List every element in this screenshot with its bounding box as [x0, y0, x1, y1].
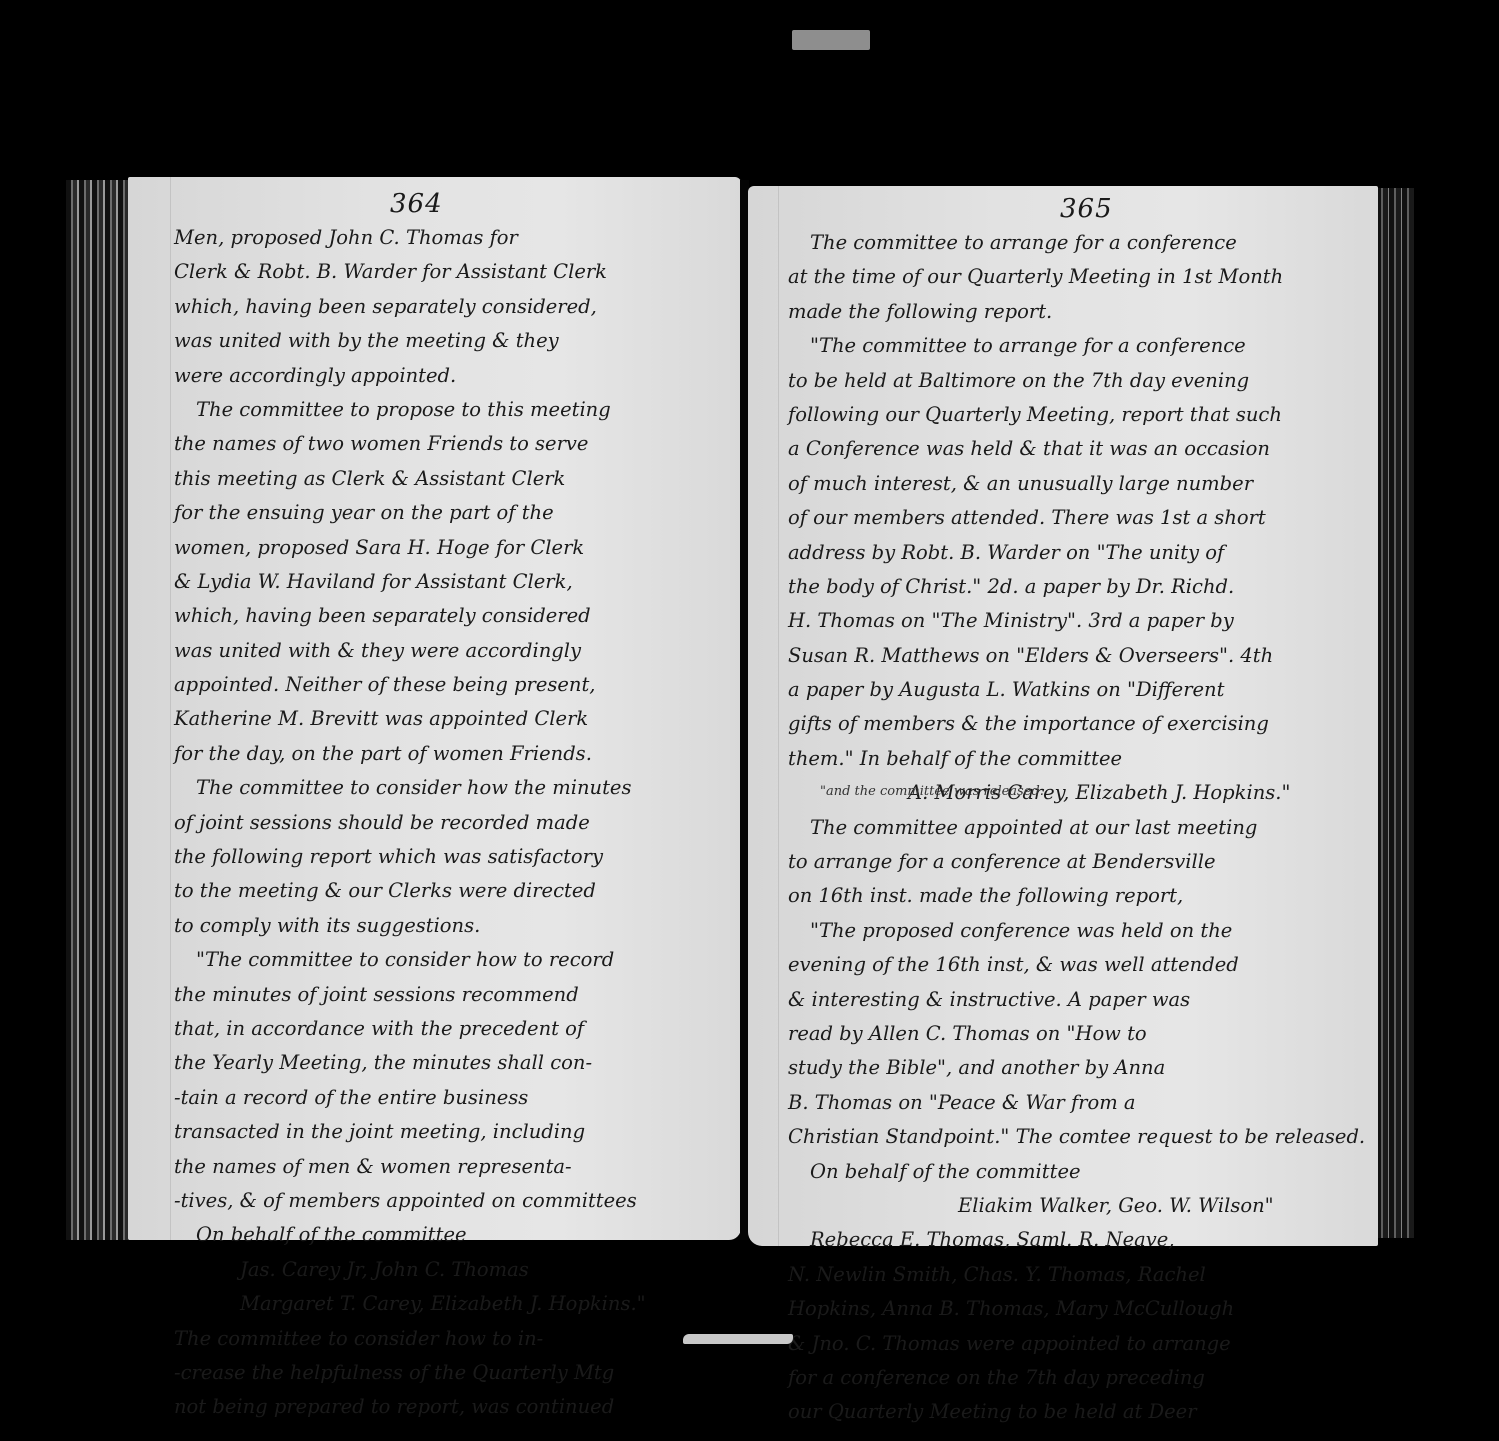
open-minute-book: 364 Men, proposed John C. Thomas for Cle… — [0, 0, 1499, 1441]
text-line: & Lydia W. Haviland for Assistant Clerk, — [174, 565, 741, 599]
text-line: address by Robt. B. Warder on "The unity… — [788, 536, 1378, 570]
text-line: the Yearly Meeting, the minutes shall co… — [174, 1046, 741, 1080]
text-line: at the time of our Quarterly Meeting in … — [788, 260, 1378, 294]
text-line: gifts of members & the importance of exe… — [788, 707, 1378, 741]
text-line: our Quarterly Meeting to be held at Deer — [788, 1395, 1378, 1429]
text-line: -tain a record of the entire business — [174, 1081, 741, 1115]
text-line: evening of the 16th inst, & was well att… — [788, 948, 1378, 982]
text-line: a paper by Augusta L. Watkins on "Differ… — [788, 673, 1378, 707]
signature-line: Eliakim Walker, Geo. W. Wilson" — [788, 1189, 1378, 1223]
right-page-edges — [1376, 188, 1414, 1238]
text-line: -tives, & of members appointed on commit… — [174, 1184, 741, 1218]
page-number: 364 — [390, 189, 443, 219]
text-line: Hopkins, Anna B. Thomas, Mary McCullough — [788, 1292, 1378, 1326]
top-bookmark-tab — [792, 30, 870, 50]
text-line: the body of Christ." 2d. a paper by Dr. … — [788, 570, 1378, 604]
text-line: & interesting & instructive. A paper was — [788, 983, 1378, 1017]
text-line: "The committee to arrange for a conferen… — [788, 329, 1378, 363]
text-line: The committee to consider how to in- — [174, 1322, 741, 1356]
text-line: which, having been separately considered… — [174, 290, 741, 324]
text-line: which, having been separately considered — [174, 599, 741, 633]
text-line: Katherine M. Brevitt was appointed Clerk — [174, 702, 741, 736]
text-line: not being prepared to report, was contin… — [174, 1390, 741, 1424]
text-line: this meeting as Clerk & Assistant Clerk — [174, 462, 741, 496]
text-line: to be held at Baltimore on the 7th day e… — [788, 364, 1378, 398]
text-line: -crease the helpfulness of the Quarterly… — [174, 1356, 741, 1390]
text-line: to the meeting & our Clerks were directe… — [174, 874, 741, 908]
text-line: The committee appointed at our last meet… — [788, 811, 1378, 845]
text-line: On behalf of the committee — [788, 1155, 1378, 1189]
text-line: transacted in the joint meeting, includi… — [174, 1115, 741, 1149]
handwritten-text: The committee to arrange for a conferenc… — [748, 226, 1378, 1430]
text-line: of much interest, & an unusually large n… — [788, 467, 1378, 501]
text-line: that, in accordance with the precedent o… — [174, 1012, 741, 1046]
text-line: were accordingly appointed. — [174, 359, 741, 393]
text-line: The committee to propose to this meeting — [174, 393, 741, 427]
signature-line: Margaret T. Carey, Elizabeth J. Hopkins.… — [174, 1287, 741, 1321]
left-page-edges — [66, 180, 130, 1240]
text-line: following our Quarterly Meeting, report … — [788, 398, 1378, 432]
text-line: Susan R. Matthews on "Elders & Overseers… — [788, 639, 1378, 673]
text-line: read by Allen C. Thomas on "How to — [788, 1017, 1378, 1051]
bottom-bookmark-tab — [683, 1334, 793, 1344]
text-line: study the Bible", and another by Anna — [788, 1051, 1378, 1085]
text-line: H. Thomas on "The Ministry". 3rd a paper… — [788, 604, 1378, 638]
text-line: Rebecca E. Thomas, Saml. R. Neave, — [788, 1223, 1378, 1257]
text-line: a Conference was held & that it was an o… — [788, 432, 1378, 466]
text-line: the minutes of joint sessions recommend — [174, 978, 741, 1012]
text-line: of our members attended. There was 1st a… — [788, 501, 1378, 535]
text-line: appointed. Neither of these being presen… — [174, 668, 741, 702]
text-line: the following report which was satisfact… — [174, 840, 741, 874]
text-line: was united with by the meeting & they — [174, 324, 741, 358]
text-line: to comply with its suggestions. — [174, 909, 741, 943]
text-line: on 16th inst. made the following report, — [788, 879, 1378, 913]
signature-line: Jas. Carey Jr, John C. Thomas — [174, 1253, 741, 1287]
left-page: 364 Men, proposed John C. Thomas for Cle… — [128, 177, 741, 1240]
right-page: 365 The committee to arrange for a confe… — [748, 186, 1378, 1246]
text-line: for a conference on the 7th day precedin… — [788, 1361, 1378, 1395]
text-line: On behalf of the committee — [174, 1218, 741, 1252]
text-line: The committee to consider how the minute… — [174, 771, 741, 805]
text-line: "The proposed conference was held on the — [788, 914, 1378, 948]
text-line: Christian Standpoint." The comtee reques… — [788, 1120, 1378, 1154]
interlinear-note: "and the committee was released. — [820, 784, 1044, 799]
text-line: the names of two women Friends to serve — [174, 427, 741, 461]
text-line: women, proposed Sara H. Hoge for Clerk — [174, 531, 741, 565]
text-line: The committee to arrange for a conferenc… — [788, 226, 1378, 260]
text-line: N. Newlin Smith, Chas. Y. Thomas, Rachel — [788, 1258, 1378, 1292]
handwritten-text: Men, proposed John C. Thomas for Clerk &… — [128, 221, 741, 1425]
text-line: the names of men & women representa- — [174, 1150, 741, 1184]
text-line: & Jno. C. Thomas were appointed to arran… — [788, 1327, 1378, 1361]
text-line: Men, proposed John C. Thomas for — [174, 221, 741, 255]
text-line: for the ensuing year on the part of the — [174, 496, 741, 530]
text-line: of joint sessions should be recorded mad… — [174, 806, 741, 840]
text-line: for the day, on the part of women Friend… — [174, 737, 741, 771]
text-line: was united with & they were accordingly — [174, 634, 741, 668]
text-line: Clerk & Robt. B. Warder for Assistant Cl… — [174, 255, 741, 289]
text-line: B. Thomas on "Peace & War from a — [788, 1086, 1378, 1120]
text-line: made the following report. — [788, 295, 1378, 329]
page-number: 365 — [1060, 194, 1113, 224]
text-line: to arrange for a conference at Bendersvi… — [788, 845, 1378, 879]
text-line: them." In behalf of the committee — [788, 742, 1378, 776]
text-line: "The committee to consider how to record — [174, 943, 741, 977]
